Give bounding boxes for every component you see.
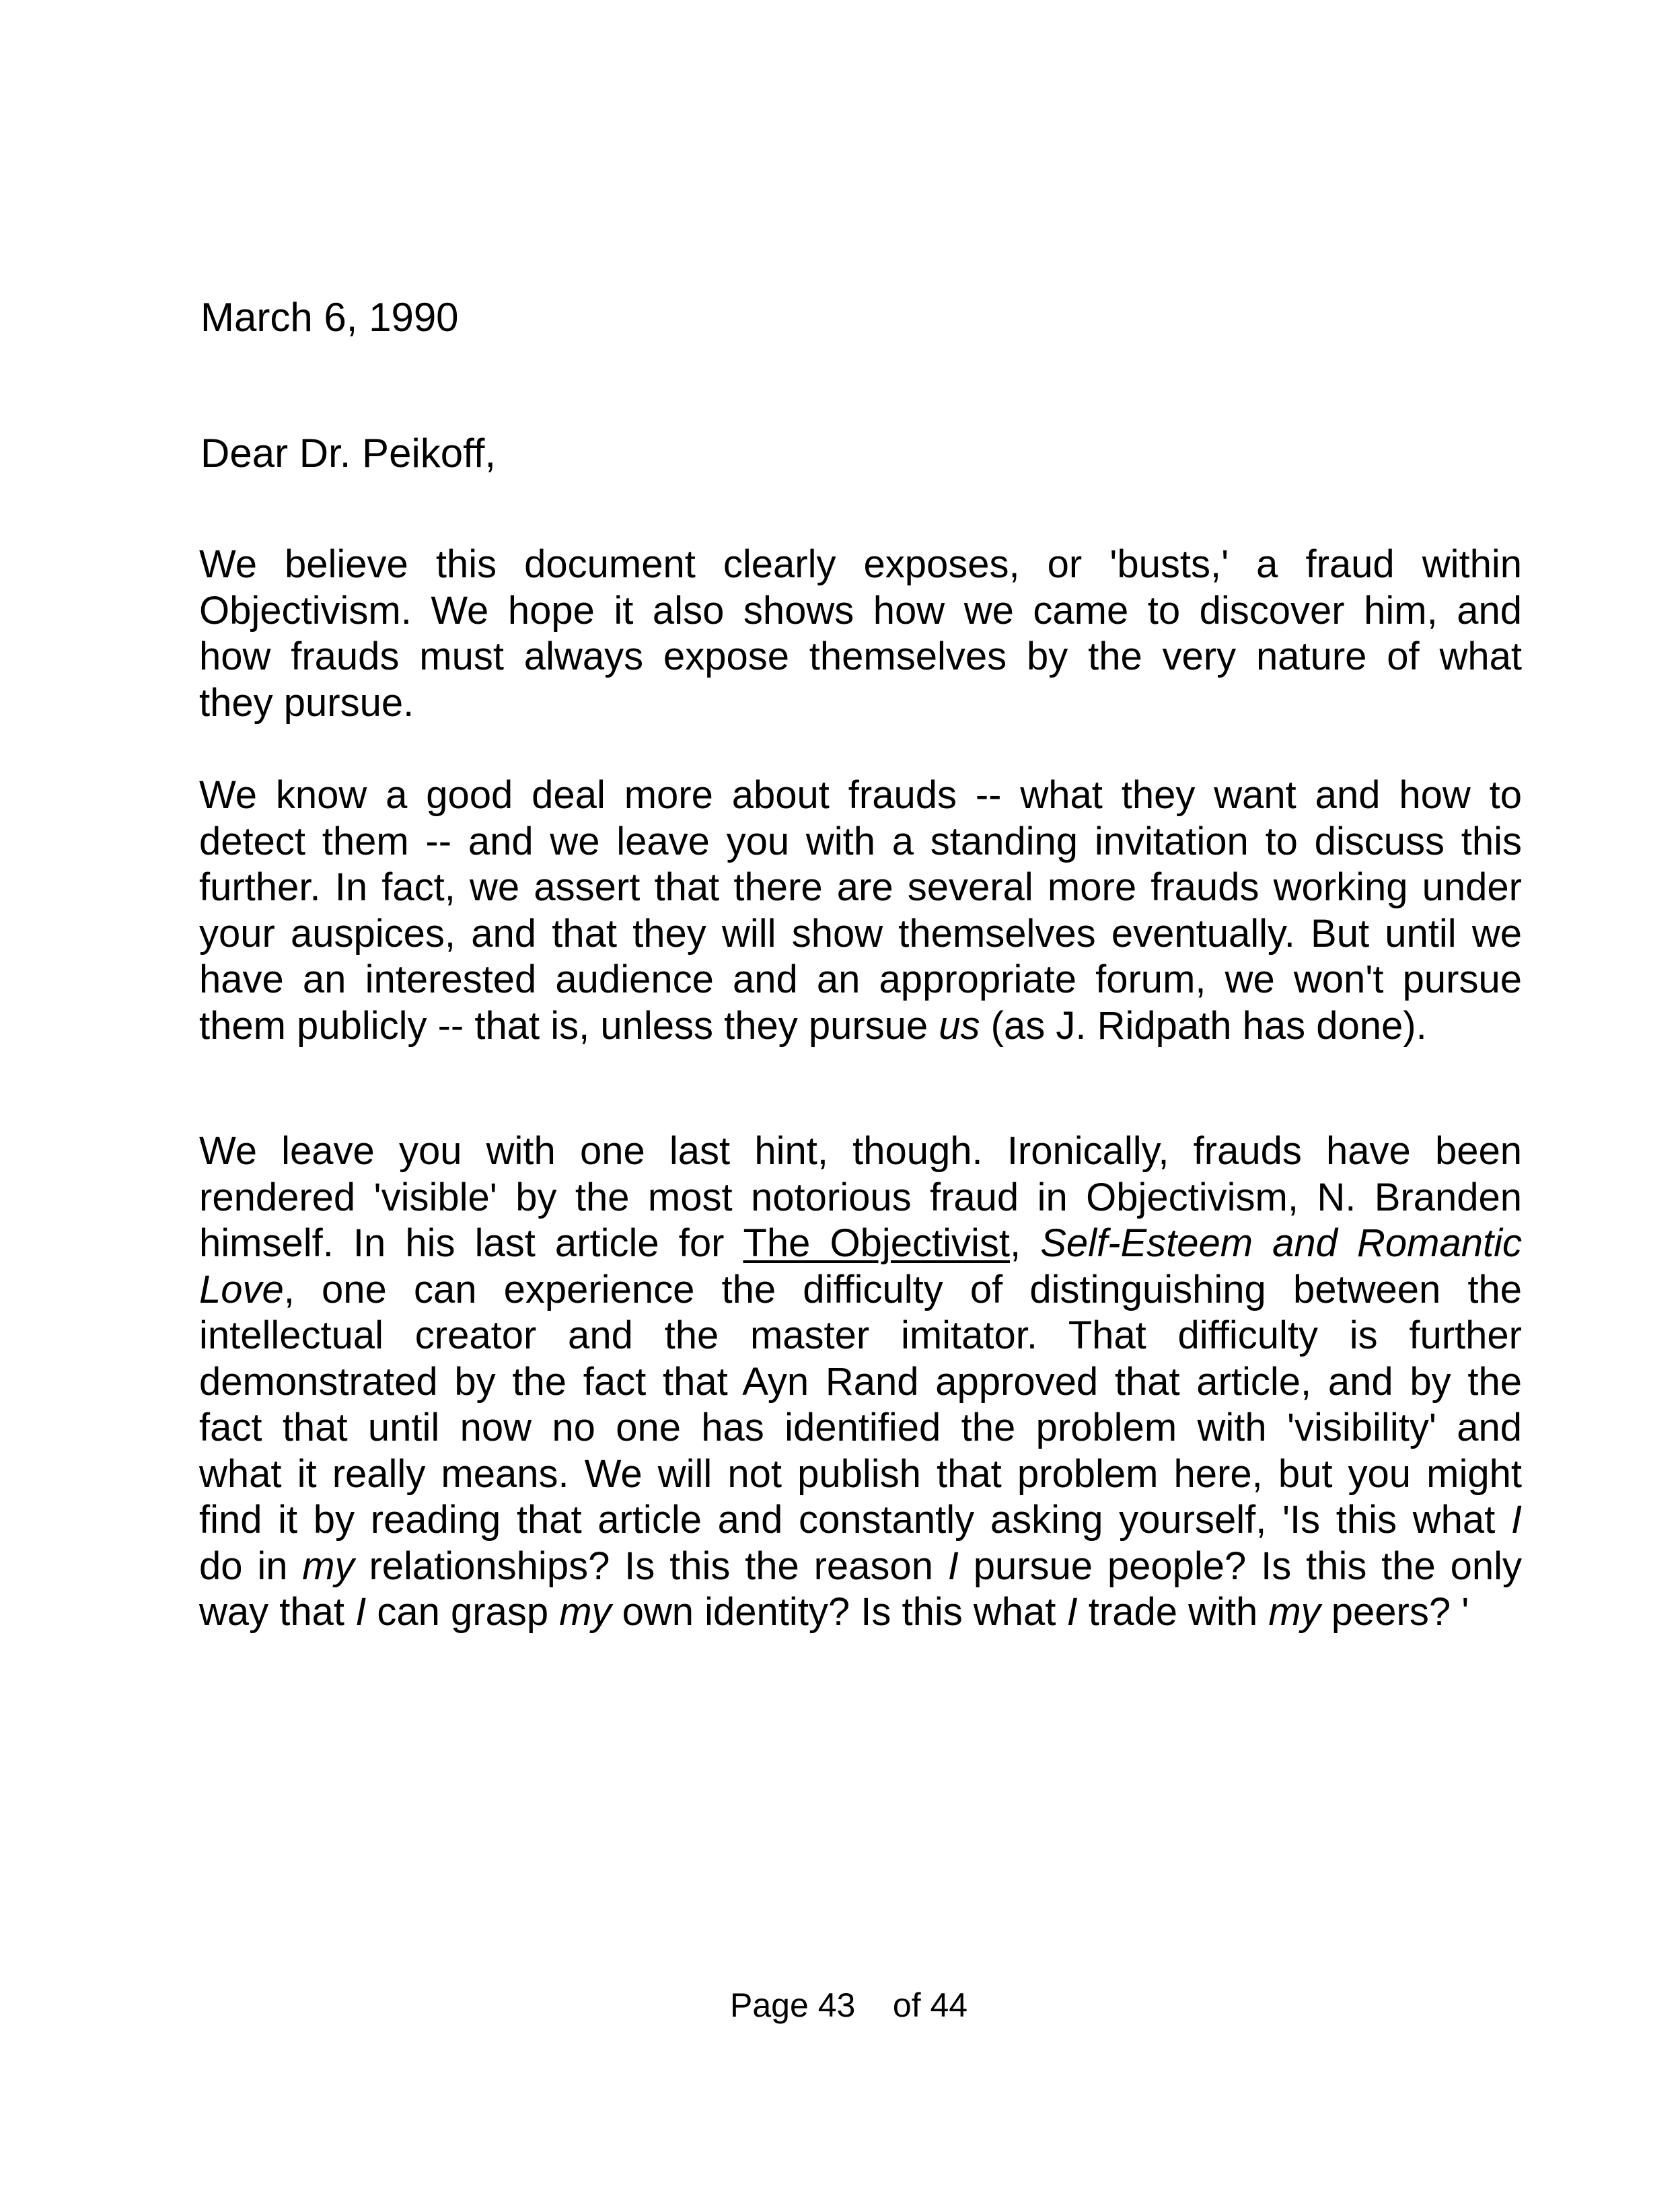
- text-run: We know a good deal more about frauds --…: [199, 773, 1522, 817]
- emphasis-text: us: [939, 1004, 980, 1048]
- text-run: fact that until now no one has identifie…: [199, 1406, 1522, 1449]
- text-run: detect them -- and we leave you with a s…: [199, 820, 1522, 863]
- page-label: Page: [730, 1986, 809, 2024]
- text-run: them publicly -- that is, unless they pu…: [199, 1004, 939, 1048]
- document-page: March 6, 1990 Dear Dr. Peikoff, We belie…: [0, 0, 1680, 2199]
- text-line: rendered 'visible' by the most notorious…: [199, 1175, 1522, 1221]
- text-line: further. In fact, we assert that there a…: [199, 865, 1522, 911]
- text-run: do in: [199, 1544, 302, 1588]
- of-label: of: [893, 1986, 921, 2024]
- letter-date: March 6, 1990: [200, 295, 459, 340]
- text-run: own identity? Is this what: [612, 1590, 1067, 1634]
- text-line: your auspices, and that they will show t…: [199, 911, 1522, 958]
- text-run: what it really means. We will not publis…: [199, 1452, 1522, 1496]
- page-footer: Page 43 of 44: [730, 1985, 967, 2025]
- page-number: 43: [818, 1986, 856, 2024]
- text-run: have an interested audience and an appro…: [199, 958, 1522, 1001]
- text-line: demonstrated by the fact that Ayn Rand a…: [199, 1359, 1522, 1406]
- text-line: We leave you with one last hint, though.…: [199, 1128, 1522, 1175]
- text-line: detect them -- and we leave you with a s…: [199, 819, 1522, 865]
- text-run: relationships? Is this the reason: [355, 1544, 948, 1588]
- text-line: intellectual creator and the master imit…: [199, 1313, 1522, 1359]
- paragraph-3: We leave you with one last hint, though.…: [199, 1128, 1522, 1636]
- text-run: himself. In his last article for: [199, 1221, 743, 1265]
- text-run: , one can experience the difficulty of d…: [284, 1268, 1522, 1311]
- emphasis-text: my: [559, 1590, 611, 1634]
- text-line: fact that until now no one has identifie…: [199, 1405, 1522, 1451]
- emphasis-text: I: [948, 1544, 959, 1588]
- text-line: do in my relationships? Is this the reas…: [199, 1544, 1522, 1590]
- total-pages: 44: [930, 1986, 968, 2024]
- emphasis-text: my: [302, 1544, 354, 1588]
- text-line: find it by reading that article and cons…: [199, 1497, 1522, 1544]
- text-line: have an interested audience and an appro…: [199, 957, 1522, 1003]
- text-line: how frauds must always expose themselves…: [199, 634, 1522, 680]
- text-run: further. In fact, we assert that there a…: [199, 865, 1522, 909]
- underlined-title: The Objectivist: [743, 1221, 1010, 1265]
- emphasis-text: I: [1511, 1498, 1522, 1542]
- text-line: they pursue.: [199, 680, 1522, 727]
- text-line: what it really means. We will not publis…: [199, 1451, 1522, 1498]
- emphasis-text: Love: [199, 1268, 284, 1311]
- text-run: We leave you with one last hint, though.…: [199, 1129, 1522, 1173]
- text-run: trade with: [1078, 1590, 1269, 1634]
- text-run: peers? ': [1321, 1590, 1469, 1634]
- text-line: Love, one can experience the difficulty …: [199, 1267, 1522, 1313]
- text-run: intellectual creator and the master imit…: [199, 1313, 1522, 1357]
- paragraph-1: We believe this document clearly exposes…: [199, 542, 1522, 726]
- text-line: way that I can grasp my own identity? Is…: [199, 1589, 1522, 1636]
- text-line: We believe this document clearly exposes…: [199, 542, 1522, 588]
- text-run: ,: [1010, 1221, 1040, 1265]
- text-run: how frauds must always expose themselves…: [199, 635, 1522, 678]
- text-run: your auspices, and that they will show t…: [199, 912, 1522, 956]
- text-run: way that: [199, 1590, 355, 1634]
- text-line: them publicly -- that is, unless they pu…: [199, 1003, 1522, 1050]
- letter-salutation: Dear Dr. Peikoff,: [200, 431, 496, 476]
- emphasis-text: I: [1067, 1590, 1078, 1634]
- text-run: We believe this document clearly exposes…: [199, 542, 1522, 586]
- text-line: Objectivism. We hope it also shows how w…: [199, 588, 1522, 635]
- text-run: rendered 'visible' by the most notorious…: [199, 1176, 1522, 1219]
- paragraph-2: We know a good deal more about frauds --…: [199, 772, 1522, 1049]
- text-run: Objectivism. We hope it also shows how w…: [199, 589, 1522, 633]
- emphasis-text: Self-Esteem and Romantic: [1040, 1221, 1522, 1265]
- text-run: pursue people? Is this the only: [959, 1544, 1522, 1588]
- text-run: can grasp: [366, 1590, 559, 1634]
- text-run: they pursue.: [199, 681, 414, 725]
- emphasis-text: my: [1268, 1590, 1320, 1634]
- text-run: demonstrated by the fact that Ayn Rand a…: [199, 1360, 1522, 1404]
- text-line: himself. In his last article for The Obj…: [199, 1221, 1522, 1267]
- text-run: (as J. Ridpath has done).: [980, 1004, 1427, 1048]
- text-line: We know a good deal more about frauds --…: [199, 772, 1522, 819]
- text-run: find it by reading that article and cons…: [199, 1498, 1511, 1542]
- emphasis-text: I: [355, 1590, 366, 1634]
